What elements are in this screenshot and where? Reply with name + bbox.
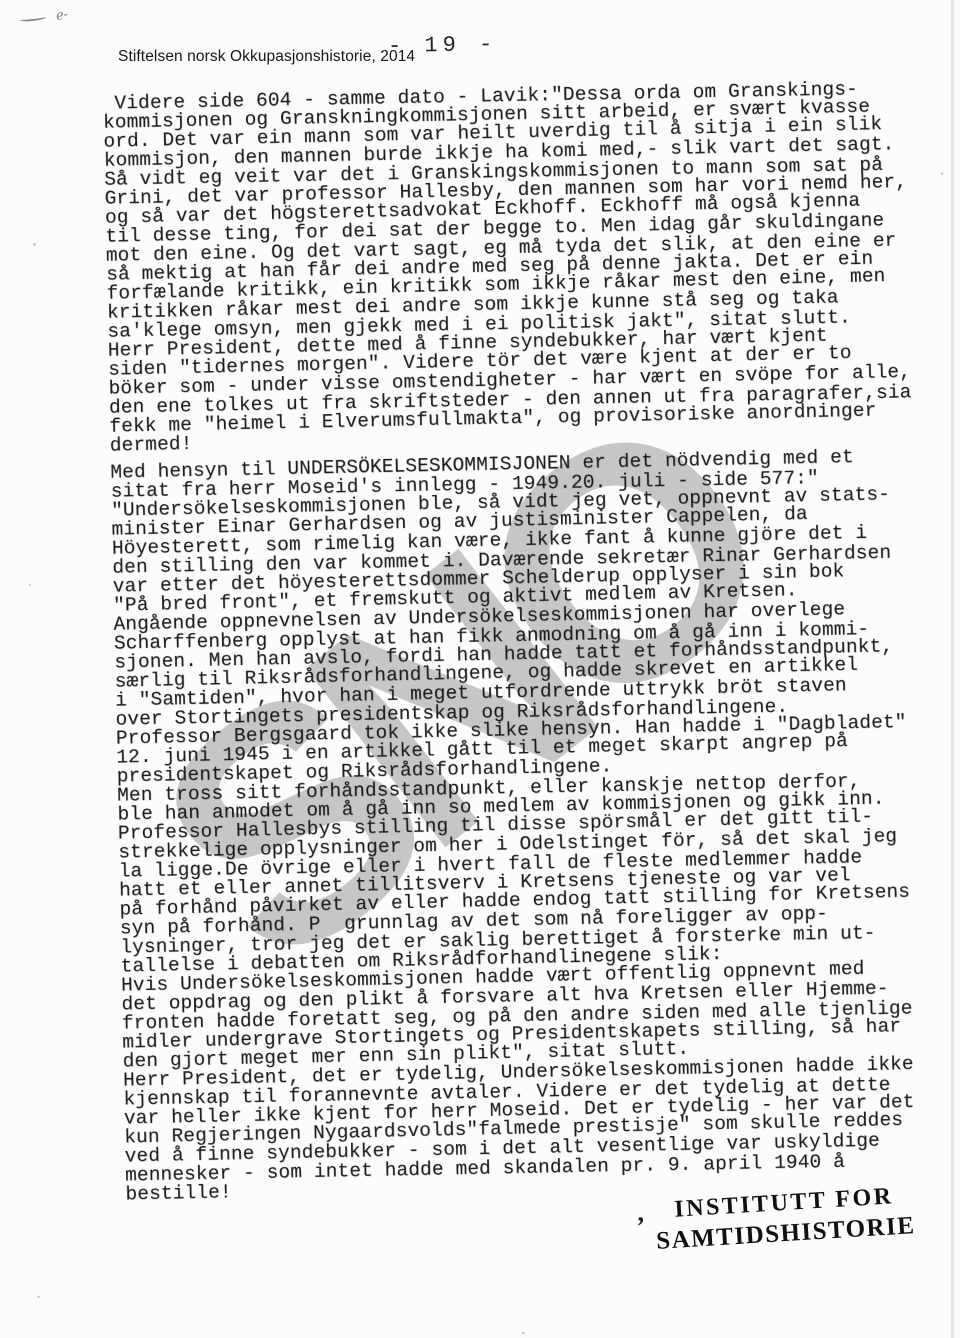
scan-speck	[37, 1296, 40, 1298]
typed-lines: Videre side 604 - samme dato - Lavik:"De…	[102, 77, 949, 1204]
scan-speck	[941, 172, 943, 175]
scan-edge-shadow	[951, 0, 954, 1338]
source-attribution: Stiftelsen norsk Okkupasjonshistorie, 20…	[118, 48, 415, 66]
pen-mark-note: e-	[55, 7, 70, 24]
scan-speck	[522, 1332, 525, 1334]
scanned-document-page: e- Stiftelsen norsk Okkupasjonshistorie,…	[0, 0, 960, 1338]
page-number: - 19 -	[388, 32, 498, 59]
stamp-comma-mark: ,	[636, 1198, 645, 1228]
pen-mark	[20, 15, 46, 23]
institute-stamp: INSTITUTT FOR SAMTIDSHISTORIE	[653, 1182, 916, 1256]
scan-speck	[33, 243, 36, 246]
scan-speck	[29, 584, 31, 586]
